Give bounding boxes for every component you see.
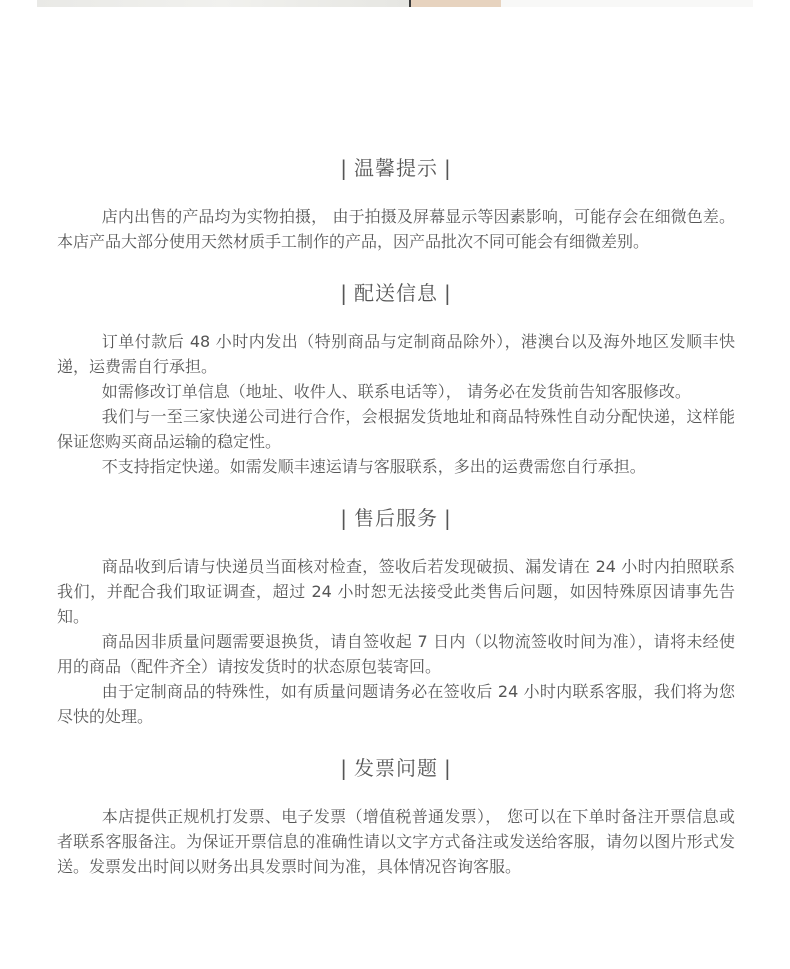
title-bar-left: |: [340, 503, 348, 533]
section-body: 本店提供正规机打发票、电子发票（增值税普通发票）， 您可以在下单时备注开票信息或…: [57, 804, 735, 879]
paragraph: 我们与一至三家快递公司进行合作，会根据发货地址和商品特殊性自动分配快递，这样能保…: [57, 404, 735, 454]
section-title-text: 发票问题: [354, 756, 438, 780]
paragraph: 店内出售的产品均为实物拍摄， 由于拍摄及屏幕显示等因素影响，可能存会在细微色差。…: [57, 204, 735, 254]
photo-left-part: [37, 0, 409, 7]
paragraph: 商品因非质量问题需要退换货，请自签收起 7 日内（以物流签收时间为准），请将未经…: [57, 629, 735, 679]
paragraph: 不支持指定快递。如需发顺丰速运请与客服联系，多出的运费需您自行承担。: [57, 454, 735, 479]
section-title-text: 配送信息: [354, 281, 438, 305]
paragraph: 订单付款后 48 小时内发出（特别商品与定制商品除外），港澳台以及海外地区发顺丰…: [57, 329, 735, 379]
section-title: |温馨提示|: [57, 153, 735, 183]
section-title-text: 温馨提示: [354, 156, 438, 180]
section-after-sales: |售后服务| 商品收到后请与快递员当面核对检查，签收后若发现破损、漏发请在 24…: [57, 503, 735, 729]
section-invoice: |发票问题| 本店提供正规机打发票、电子发票（增值税普通发票）， 您可以在下单时…: [57, 753, 735, 879]
photo-mid-part: [409, 0, 501, 7]
paragraph: 本店提供正规机打发票、电子发票（增值税普通发票）， 您可以在下单时备注开票信息或…: [57, 804, 735, 879]
title-bar-left: |: [340, 278, 348, 308]
section-body: 商品收到后请与快递员当面核对检查，签收后若发现破损、漏发请在 24 小时内拍照联…: [57, 554, 735, 729]
product-photo: [37, 0, 753, 7]
section-body: 店内出售的产品均为实物拍摄， 由于拍摄及屏幕显示等因素影响，可能存会在细微色差。…: [57, 204, 735, 254]
section-body: 订单付款后 48 小时内发出（特别商品与定制商品除外），港澳台以及海外地区发顺丰…: [57, 329, 735, 479]
section-title: |发票问题|: [57, 753, 735, 783]
section-title: |售后服务|: [57, 503, 735, 533]
section-tips: |温馨提示| 店内出售的产品均为实物拍摄， 由于拍摄及屏幕显示等因素影响，可能存…: [57, 153, 735, 254]
section-title: |配送信息|: [57, 278, 735, 308]
title-bar-left: |: [340, 153, 348, 183]
title-bar-right: |: [444, 153, 452, 183]
paragraph: 商品收到后请与快递员当面核对检查，签收后若发现破损、漏发请在 24 小时内拍照联…: [57, 554, 735, 629]
title-bar-right: |: [444, 278, 452, 308]
paragraph: 由于定制商品的特殊性，如有质量问题请务必在签收后 24 小时内联系客服，我们将为…: [57, 679, 735, 729]
paragraph: 如需修改订单信息（地址、收件人、联系电话等）， 请务必在发货前告知客服修改。: [57, 379, 735, 404]
photo-right-part: [501, 0, 753, 7]
title-bar-right: |: [444, 753, 452, 783]
section-shipping: |配送信息| 订单付款后 48 小时内发出（特别商品与定制商品除外），港澳台以及…: [57, 278, 735, 479]
title-bar-left: |: [340, 753, 348, 783]
section-title-text: 售后服务: [354, 506, 438, 530]
title-bar-right: |: [444, 503, 452, 533]
